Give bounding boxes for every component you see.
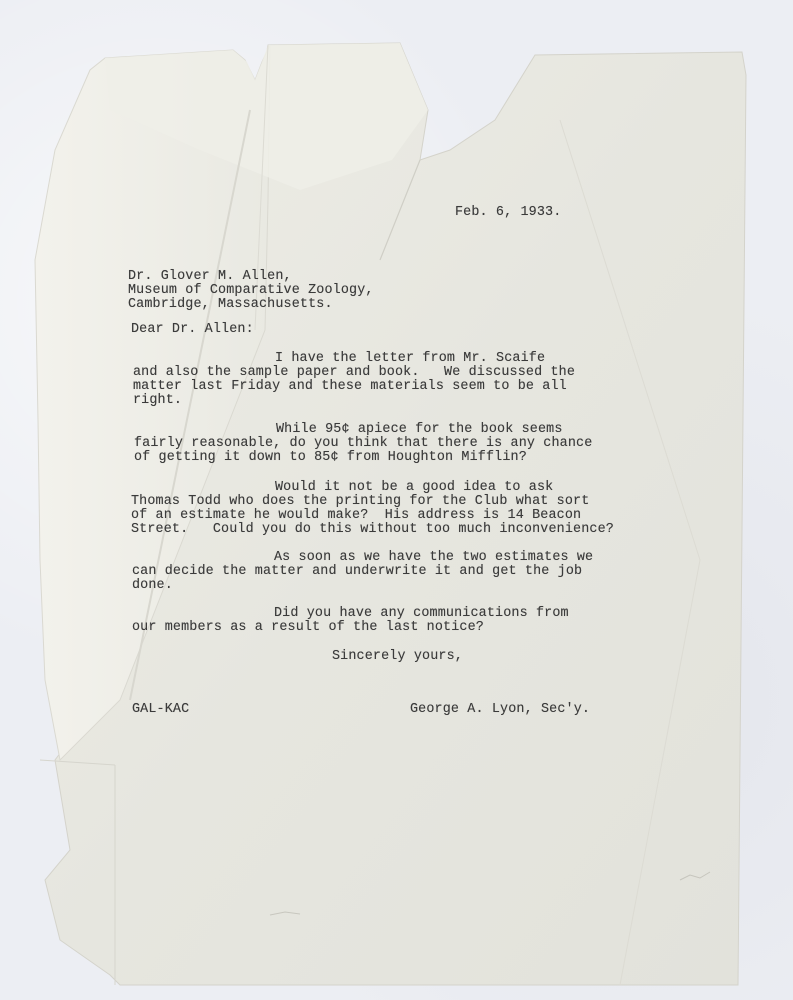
paragraph-line: I have the letter from Mr. Scaife	[275, 352, 545, 366]
paragraph-line: matter last Friday and these materials s…	[133, 380, 567, 394]
paragraph-line: While 95¢ apiece for the book seems	[276, 423, 563, 437]
paragraph-line: Street. Could you do this without too mu…	[131, 523, 614, 537]
paragraph-line: of an estimate he would make? His addres…	[131, 509, 581, 523]
paragraph-line: done.	[132, 579, 173, 593]
recipient-institution: Museum of Comparative Zoology,	[128, 284, 374, 298]
letter-date: Feb. 6, 1933.	[455, 206, 561, 220]
paragraph-line: Thomas Todd who does the printing for th…	[131, 495, 589, 509]
paragraph-line: Did you have any communications from	[274, 607, 569, 621]
signature-line: George A. Lyon, Sec'y.	[410, 703, 590, 717]
recipient-name: Dr. Glover M. Allen,	[128, 270, 292, 284]
closing: Sincerely yours,	[332, 650, 463, 664]
recipient-city: Cambridge, Massachusetts.	[128, 298, 333, 312]
paragraph-line: can decide the matter and underwrite it …	[132, 565, 582, 579]
paragraph-line: of getting it down to 85¢ from Houghton …	[134, 451, 527, 465]
letter-content: Feb. 6, 1933. Dr. Glover M. Allen, Museu…	[0, 0, 793, 1000]
reference-initials: GAL-KAC	[132, 703, 189, 717]
paragraph-line: fairly reasonable, do you think that the…	[134, 437, 592, 451]
paragraph-line: Would it not be a good idea to ask	[275, 481, 553, 495]
paragraph-line: right.	[133, 394, 182, 408]
salutation: Dear Dr. Allen:	[131, 323, 254, 337]
paragraph-line: and also the sample paper and book. We d…	[133, 366, 575, 380]
paragraph-line: our members as a result of the last noti…	[132, 621, 484, 635]
paragraph-line: As soon as we have the two estimates we	[274, 551, 593, 565]
